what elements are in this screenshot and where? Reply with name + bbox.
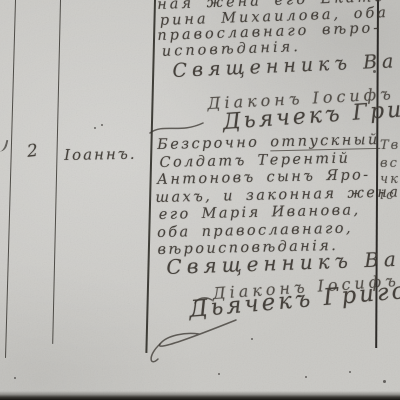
ink-speck — [349, 371, 351, 373]
register-scan-page: ная жена его Екате- рина Михаилова, оба … — [0, 0, 400, 400]
parents-text: Безсрочно отпускный Солдатъ Терентій Ант… — [157, 132, 400, 260]
margin-fragment: іс — [380, 188, 395, 203]
origin-underlined-word: отпускный — [270, 132, 380, 151]
margin-fragment: вс — [380, 156, 399, 171]
ink-speck — [94, 127, 96, 129]
column-rule-2 — [52, 0, 61, 344]
column-rule-3 — [145, 0, 155, 353]
ink-speck — [14, 377, 16, 379]
margin-fragment: Тв — [380, 138, 400, 153]
scan-bottom-edge — [0, 391, 400, 400]
entry-number: 2 — [26, 141, 39, 162]
ink-speck — [373, 70, 376, 73]
cut-off-left-mark — [0, 138, 8, 153]
ink-speck — [101, 124, 103, 126]
ink-speck — [383, 380, 386, 383]
margin-fragment: чк — [380, 172, 400, 187]
ink-speck — [305, 376, 307, 378]
ink-speck — [251, 338, 253, 340]
ink-speck — [218, 373, 220, 375]
origin-prefix: Безсрочно — [157, 134, 271, 153]
entry-name: Іоаннъ. — [64, 145, 137, 164]
column-rule-1 — [5, 0, 16, 358]
